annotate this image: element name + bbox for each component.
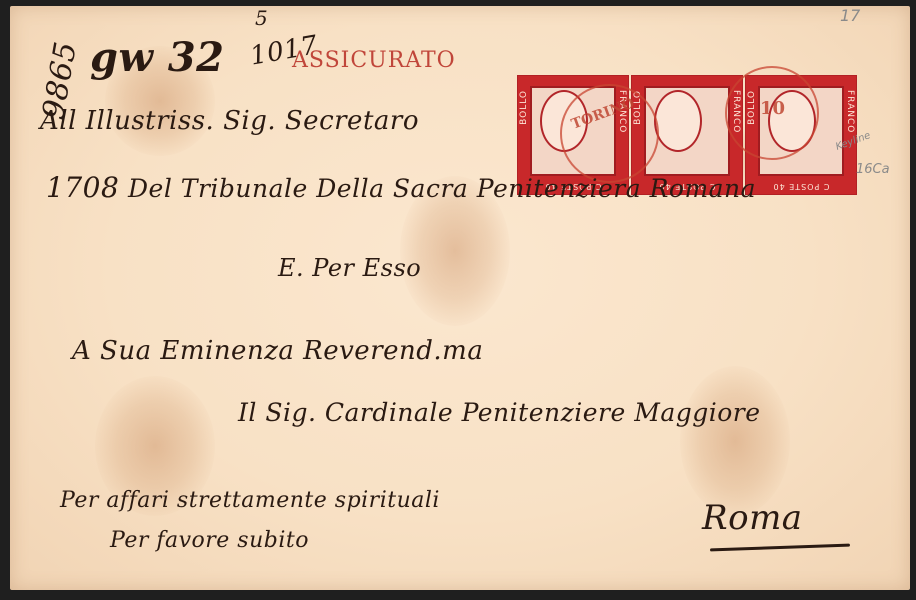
city-underline xyxy=(710,544,850,552)
address-line-3: E. Per Esso xyxy=(278,254,421,282)
pencil-mark: 17 xyxy=(840,6,860,25)
address-line-4: A Sua Eminenza Reverend.ma xyxy=(72,336,483,366)
envelope: 9865 gw 32 5 1017 ASSICURATO BOLLO FRANC… xyxy=(10,6,910,590)
stain xyxy=(680,366,790,516)
postmark-circle xyxy=(560,84,659,183)
postmark-day: 10 xyxy=(760,98,785,119)
note-line-2: Per favore subito xyxy=(110,528,309,553)
stamp-portrait-oval xyxy=(654,90,702,152)
note-line-1: Per affari strettamente spirituali xyxy=(60,488,440,513)
ref-mark: gw 32 xyxy=(90,34,225,81)
address-line-5: Il Sig. Cardinale Penitenziere Maggiore xyxy=(238,398,761,427)
red-handstamp: ASSICURATO xyxy=(292,48,456,73)
fraction-top: 5 xyxy=(255,6,268,30)
address-line-1: All Illustriss. Sig. Secretaro xyxy=(40,106,419,136)
destination-city: Roma xyxy=(702,498,803,538)
pencil-catalog: 16Ca xyxy=(856,162,890,177)
address-line-2: Del Tribunale Della Sacra Penitenziera R… xyxy=(128,174,756,203)
side-number: 1708 xyxy=(46,171,119,204)
